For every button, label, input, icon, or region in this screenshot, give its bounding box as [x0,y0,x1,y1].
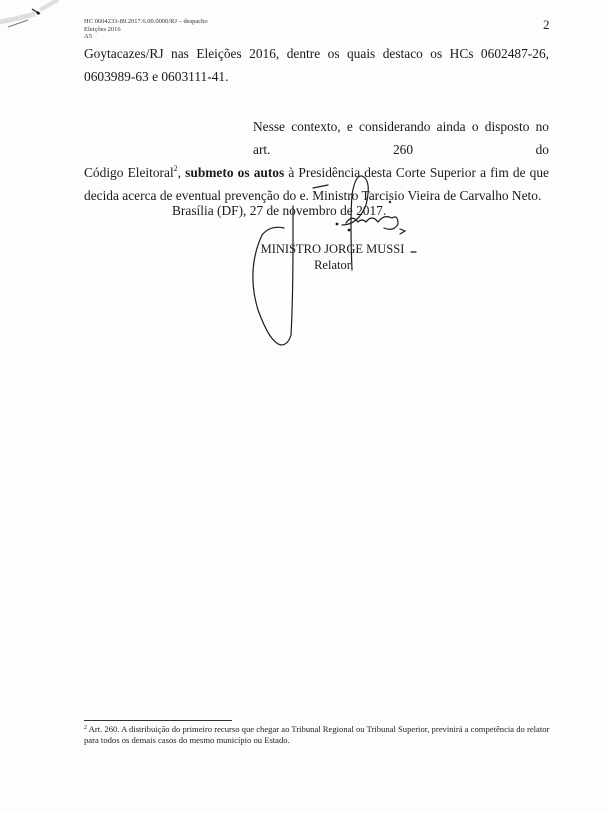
paragraph-1-line-2: 0603989-63 e 0603111-41. [84,65,549,88]
paragraph-2: Nesse contexto, e considerando ainda o d… [84,115,549,207]
signatory-role: Relator [241,257,424,273]
paragraph-2-line-2: Código Eleitoral2, submeto os autos à Pr… [84,161,549,184]
document-header: HC 0604233-89.2017.6.00.0000/RJ – despac… [84,18,208,41]
page-number: 2 [543,17,550,33]
footnote-divider [84,720,232,721]
text-fragment: à Presidência desta Corte Superior a fim… [284,165,549,180]
signature-block: MINISTRO JORGE MUSSI Relator [241,241,424,273]
case-reference: HC 0604233-89.2017.6.00.0000/RJ – despac… [84,18,208,26]
paragraph-1: Goytacazes/RJ nas Eleições 2016, dentre … [84,42,549,88]
staple-mark-icon [0,0,70,40]
text-fragment: Código Eleitoral [84,165,174,180]
footnote-text: Art. 260. A distribuição do primeiro rec… [84,724,549,745]
election-label: Eleições 2016 [84,26,208,34]
paragraph-2-line-1: Nesse contexto, e considerando ainda o d… [84,115,549,161]
bold-phrase: submeto os autos [185,165,284,180]
date-line: Brasília (DF), 27 de novembro de 2017. [172,203,386,219]
signatory-name: MINISTRO JORGE MUSSI [241,241,424,257]
footnote: 2 Art. 260. A distribuição do primeiro r… [84,724,554,746]
document-code: A5 [84,33,208,41]
paragraph-1-line-1: Goytacazes/RJ nas Eleições 2016, dentre … [84,42,549,65]
document-page: HC 0604233-89.2017.6.00.0000/RJ – despac… [0,0,608,813]
